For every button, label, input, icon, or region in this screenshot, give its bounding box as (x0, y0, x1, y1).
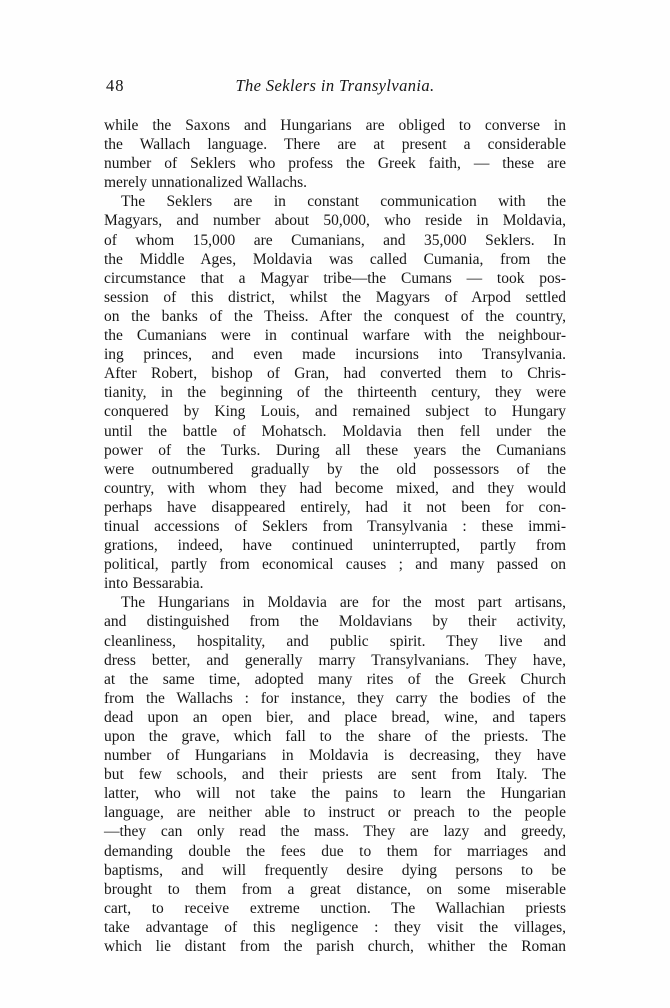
text-line: the Wallach language. There are at prese… (104, 135, 566, 154)
text-line: take advantage of this negligence : they… (104, 918, 566, 937)
text-line: —they can only read the mass. They are l… (104, 822, 566, 841)
text-line: baptisms, and will frequently desire dyi… (104, 861, 566, 880)
text-line: Magyars, and number about 50,000, who re… (104, 211, 566, 230)
page-body: while the Saxons and Hungarians are obli… (104, 116, 566, 956)
text-line: cart, to receive extreme unction. The Wa… (104, 899, 566, 918)
text-line: of whom 15,000 are Cumanians, and 35,000… (104, 231, 566, 250)
text-line: perhaps have disappeared entirely, had i… (104, 498, 566, 517)
text-line: The Hungarians in Moldavia are for the m… (104, 593, 566, 612)
text-line: but few schools, and their priests are s… (104, 765, 566, 784)
text-line: at the same time, adopted many rites of … (104, 670, 566, 689)
text-line: which lie distant from the parish church… (104, 937, 566, 956)
text-line: cleanliness, hospitality, and public spi… (104, 632, 566, 651)
paragraph: while the Saxons and Hungarians are obli… (104, 116, 566, 192)
text-line: political, partly from economical causes… (104, 555, 566, 574)
text-line: into Bessarabia. (104, 574, 566, 593)
text-line: number of Hungarians in Moldavia is decr… (104, 746, 566, 765)
paragraph: The Seklers are in constant communicatio… (104, 192, 566, 593)
text-line: After Robert, bishop of Gran, had conver… (104, 364, 566, 383)
text-line: dead upon an open bier, and place bread,… (104, 708, 566, 727)
text-line: latter, who will not take the pains to l… (104, 784, 566, 803)
text-line: demanding double the fees due to them fo… (104, 842, 566, 861)
text-line: on the banks of the Theiss. After the co… (104, 307, 566, 326)
text-line: and distinguished from the Moldavians by… (104, 612, 566, 631)
text-line: session of this district, whilst the Mag… (104, 288, 566, 307)
text-line: ing princes, and even made incursions in… (104, 345, 566, 364)
text-line: circumstance that a Magyar tribe—the Cum… (104, 269, 566, 288)
text-line: number of Seklers who profess the Greek … (104, 154, 566, 173)
paragraph: The Hungarians in Moldavia are for the m… (104, 593, 566, 956)
text-line: tianity, in the beginning of the thirtee… (104, 383, 566, 402)
text-line: the Cumanians were in continual warfare … (104, 326, 566, 345)
page-number: 48 (106, 76, 125, 96)
text-line: The Seklers are in constant communicatio… (104, 192, 566, 211)
text-line: country, with whom they had become mixed… (104, 479, 566, 498)
text-line: were outnumbered gradually by the old po… (104, 460, 566, 479)
text-line: dress better, and generally marry Transy… (104, 651, 566, 670)
text-line: language, are neither able to instruct o… (104, 803, 566, 822)
text-line: grations, indeed, have continued uninter… (104, 536, 566, 555)
text-line: power of the Turks. During all these yea… (104, 441, 566, 460)
text-line: until the battle of Mohatsch. Moldavia t… (104, 422, 566, 441)
text-line: while the Saxons and Hungarians are obli… (104, 116, 566, 135)
page-header: 48 The Seklers in Transylvania. (104, 76, 566, 98)
text-line: merely unnationalized Wallachs. (104, 173, 566, 192)
text-line: brought to them from a great distance, o… (104, 880, 566, 899)
text-line: the Middle Ages, Moldavia was called Cum… (104, 250, 566, 269)
text-line: conquered by King Louis, and remained su… (104, 402, 566, 421)
text-line: upon the grave, which fall to the share … (104, 727, 566, 746)
text-line: tinual accessions of Seklers from Transy… (104, 517, 566, 536)
running-title: The Seklers in Transylvania. (104, 76, 566, 96)
book-page: 48 The Seklers in Transylvania. while th… (0, 0, 670, 1008)
text-line: from the Wallachs : for instance, they c… (104, 689, 566, 708)
